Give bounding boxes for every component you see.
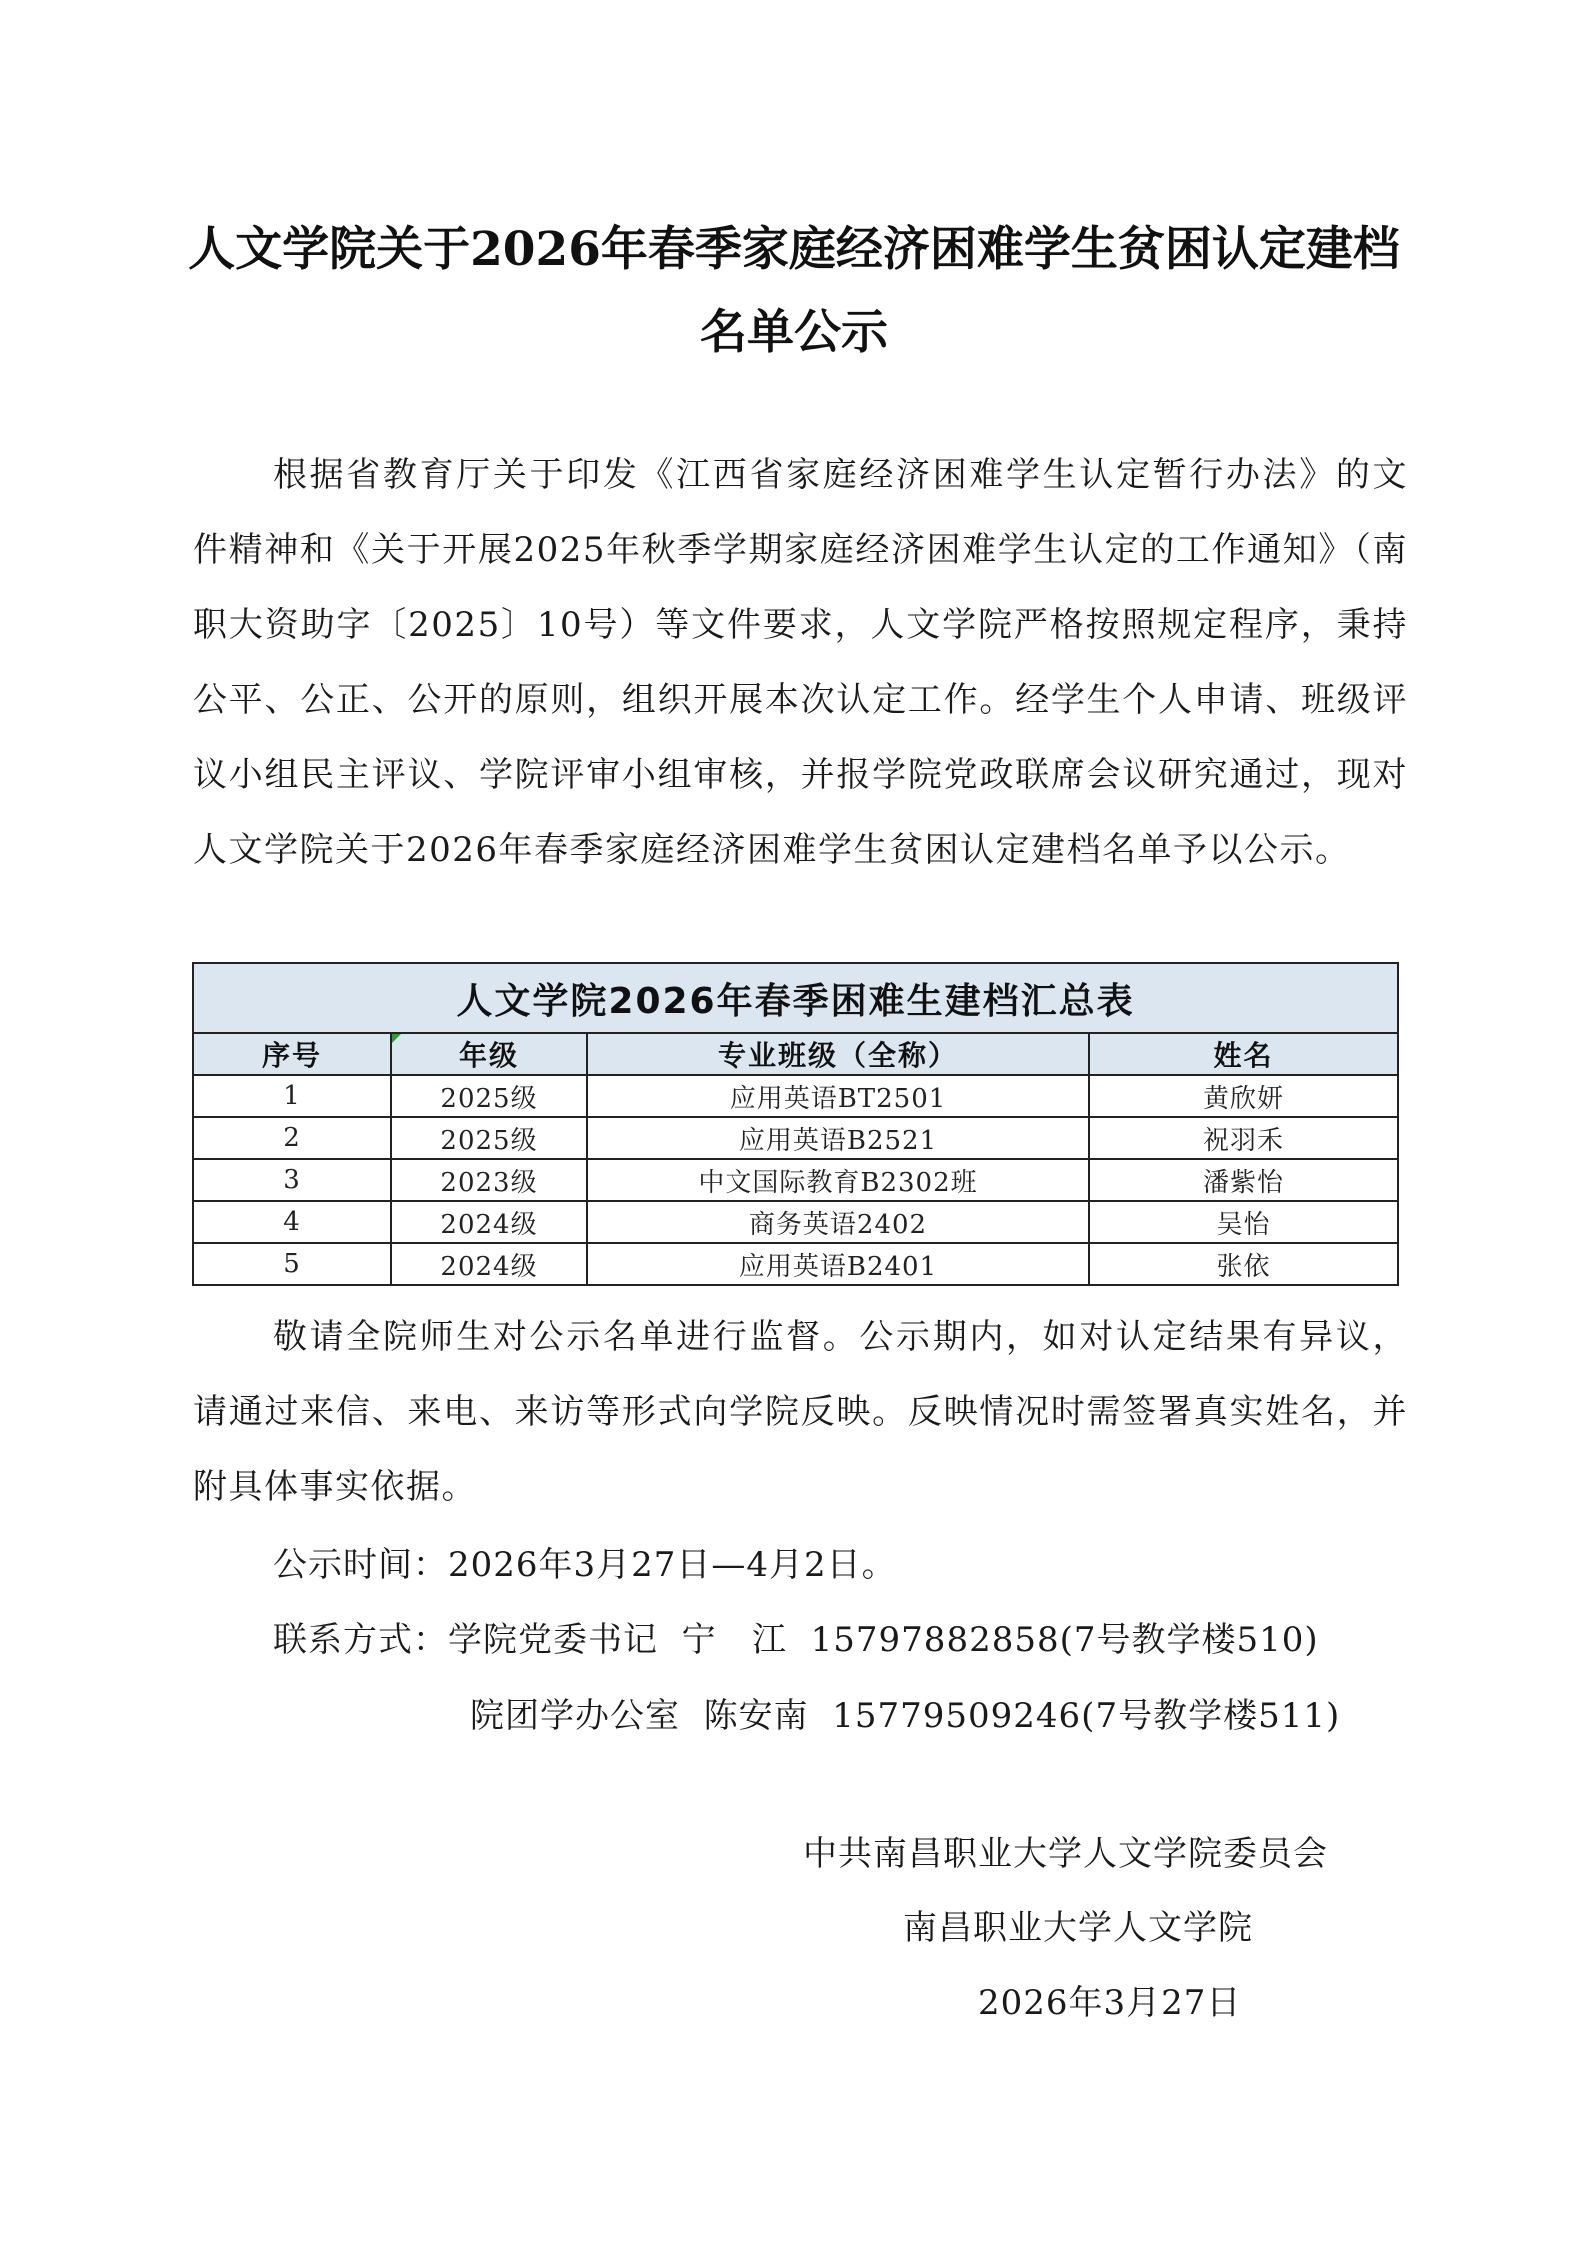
summary-table: 人文学院2026年春季困难生建档汇总表 序号 年级 专业班级（全称） 姓名 1 … [192,962,1399,1286]
cell-class: 商务英语2402 [587,1201,1089,1243]
cell-name: 张依 [1089,1243,1398,1285]
signature-org-1: 中共南昌职业大学人文学院委员会 [803,1826,1328,1875]
publicity-time: 公示时间：2026年3月27日—4月2日。 [273,1537,897,1586]
supervision-paragraph: 敬请全院师生对公示名单进行监督。公示期内，如对认定结果有异议，请通过来信、来电、… [193,1300,1408,1525]
table-row: 2 2025级 应用英语B2521 祝羽禾 [193,1117,1398,1159]
document-title-line2: 名单公示 [150,295,1438,362]
contact-line-1: 联系方式：学院党委书记 宁 江 15797882858(7号教学楼510) [273,1612,1319,1661]
cell-index: 5 [193,1243,391,1285]
table-header-row: 序号 年级 专业班级（全称） 姓名 [193,1033,1398,1075]
cell-class: 应用英语BT2501 [587,1075,1089,1117]
document-page: 人文学院关于2026年春季家庭经济困难学生贫困认定建档 名单公示 根据省教育厅关… [0,0,1588,2245]
cell-grade: 2025级 [391,1117,587,1159]
cell-class: 应用英语B2521 [587,1117,1089,1159]
cell-name: 吴怡 [1089,1201,1398,1243]
header-index: 序号 [193,1033,391,1075]
signature-date: 2026年3月27日 [978,1975,1241,2024]
cell-index: 2 [193,1117,391,1159]
cell-grade: 2025级 [391,1075,587,1117]
cell-class: 应用英语B2401 [587,1243,1089,1285]
table-row: 5 2024级 应用英语B2401 张依 [193,1243,1398,1285]
signature-org-2: 南昌职业大学人文学院 [903,1900,1253,1949]
cell-name: 祝羽禾 [1089,1117,1398,1159]
cell-index: 4 [193,1201,391,1243]
contact-line-2: 院团学办公室 陈安南 15779509246(7号教学楼511) [470,1688,1340,1737]
table-caption: 人文学院2026年春季困难生建档汇总表 [193,963,1398,1033]
cell-comment-marker [392,1034,401,1043]
cell-class: 中文国际教育B2302班 [587,1159,1089,1201]
cell-index: 3 [193,1159,391,1201]
table-row: 4 2024级 商务英语2402 吴怡 [193,1201,1398,1243]
document-title-line1: 人文学院关于2026年春季家庭经济困难学生贫困认定建档 [150,212,1438,279]
header-class: 专业班级（全称） [587,1033,1089,1075]
cell-index: 1 [193,1075,391,1117]
cell-name: 潘紫怡 [1089,1159,1398,1201]
cell-grade: 2024级 [391,1201,587,1243]
table-row: 1 2025级 应用英语BT2501 黄欣妍 [193,1075,1398,1117]
header-name: 姓名 [1089,1033,1398,1075]
cell-name: 黄欣妍 [1089,1075,1398,1117]
table-row: 3 2023级 中文国际教育B2302班 潘紫怡 [193,1159,1398,1201]
cell-grade: 2024级 [391,1243,587,1285]
intro-paragraph: 根据省教育厅关于印发《江西省家庭经济困难学生认定暂行办法》的文件精神和《关于开展… [193,438,1408,888]
cell-grade: 2023级 [391,1159,587,1201]
header-grade: 年级 [391,1033,587,1075]
